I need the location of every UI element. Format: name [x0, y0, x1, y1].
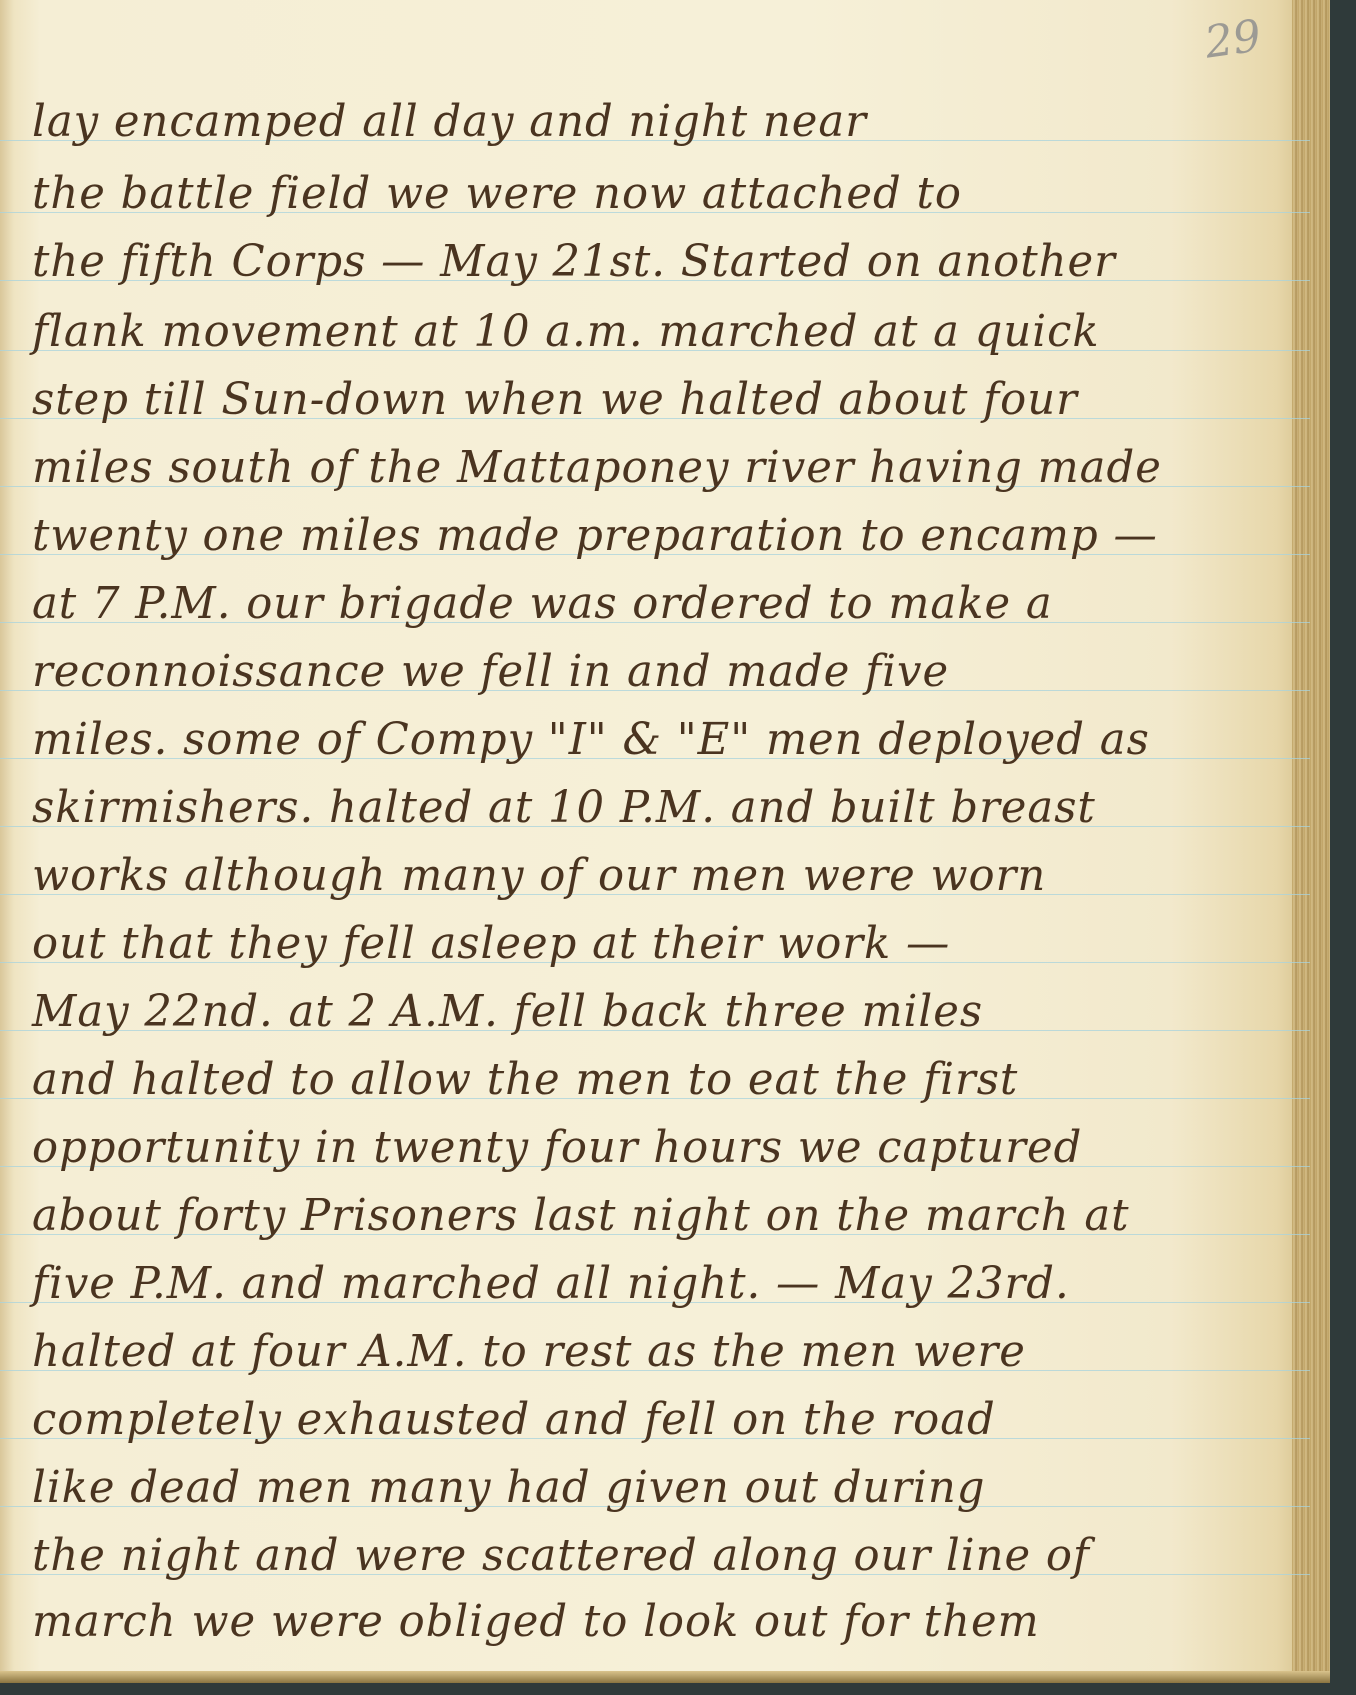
page-number: 29	[1202, 10, 1265, 68]
handwritten-line: the night and were scattered along our l…	[32, 1534, 1302, 1578]
handwritten-line: miles. some of Compy "I" & "E" men deplo…	[32, 718, 1302, 762]
handwritten-line: about forty Prisoners last night on the …	[32, 1194, 1302, 1238]
handwritten-line: the fifth Corps — May 21st. Started on a…	[32, 240, 1302, 284]
handwritten-line: flank movement at 10 a.m. marched at a q…	[32, 310, 1302, 354]
handwritten-line: halted at four A.M. to rest as the men w…	[32, 1330, 1302, 1374]
handwritten-line: like dead men many had given out during	[32, 1466, 1302, 1510]
handwritten-line: May 22nd. at 2 A.M. fell back three mile…	[32, 990, 1302, 1034]
handwritten-line: out that they fell asleep at their work …	[32, 922, 1302, 966]
handwritten-line: miles south of the Mattaponey river havi…	[32, 446, 1302, 490]
handwritten-line: twenty one miles made preparation to enc…	[32, 514, 1302, 558]
handwritten-line: march we were obliged to look out for th…	[32, 1600, 1302, 1644]
handwritten-line: skirmishers. halted at 10 P.M. and built…	[32, 786, 1302, 830]
handwritten-line: at 7 P.M. our brigade was ordered to mak…	[32, 582, 1302, 626]
handwritten-line: and halted to allow the men to eat the f…	[32, 1058, 1302, 1102]
handwritten-line: reconnoissance we fell in and made five	[32, 650, 1302, 694]
handwritten-line: works although many of our men were worn	[32, 854, 1302, 898]
page-bottom-edge	[0, 1671, 1330, 1683]
handwritten-line: opportunity in twenty four hours we capt…	[32, 1126, 1302, 1170]
handwritten-line: lay encamped all day and night near	[32, 100, 1302, 144]
handwritten-line: five P.M. and marched all night. — May 2…	[32, 1262, 1302, 1306]
handwritten-line: the battle field we were now attached to	[32, 172, 1302, 216]
handwritten-line: step till Sun-down when we halted about …	[32, 378, 1302, 422]
diary-page: 29 lay encamped all day and night near t…	[0, 0, 1330, 1683]
handwritten-line: completely exhausted and fell on the roa…	[32, 1398, 1302, 1442]
